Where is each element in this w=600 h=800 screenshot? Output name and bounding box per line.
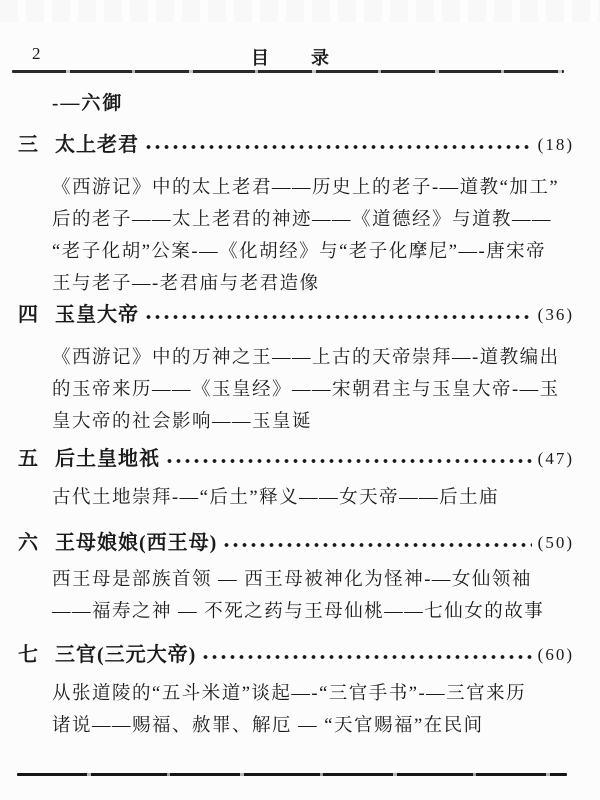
section-page-number: (50) — [538, 528, 574, 558]
section-number: 七 — [18, 640, 55, 670]
toc-entry-heading: 五 后土皇地祇 (47) — [0, 444, 574, 474]
summary-line: 《西游记》中的万神之王——上古的天帝崇拜—-道教编出 — [52, 342, 574, 374]
summary-line: 西王母是部族首领 — 西王母被神化为怪神-—女仙领袖 — [52, 564, 574, 596]
summary-line: 《西游记》中的太上老君——历史上的老子-—道教“加工” — [52, 172, 574, 204]
dot-leader — [165, 451, 532, 471]
summary-line: 王与老子—-老君庙与老君造像 — [52, 268, 574, 300]
section-number: 四 — [18, 300, 55, 330]
summary-line: 后的老子——太上老君的神迹——《道德经》与道教—— — [52, 204, 574, 236]
toc-entry-heading: 四 玉皇大帝 (36) — [0, 300, 574, 330]
summary-line: 诸说——赐福、赦罪、解厄 — “天官赐福”在民间 — [52, 710, 574, 742]
section-title: 太上老君 — [55, 130, 139, 160]
dot-leader — [144, 137, 532, 157]
section-summary: 《西游记》中的万神之王——上古的天帝崇拜—-道教编出 的玉帝来历——《玉皇经》—… — [52, 342, 574, 438]
toc-entry-heading: 三 太上老君 (18) — [0, 130, 574, 160]
section-summary: 西王母是部族首领 — 西王母被神化为怪神-—女仙领袖 ——福寿之神 — 不死之药… — [52, 564, 574, 628]
section-page-number: (36) — [538, 300, 574, 330]
section-title: 三官(三元大帝) — [55, 640, 196, 670]
section-summary: 《西游记》中的太上老君——历史上的老子-—道教“加工” 后的老子——太上老君的神… — [52, 172, 574, 300]
section-title: 后土皇地祇 — [55, 444, 160, 474]
section-number: 三 — [18, 130, 55, 160]
dot-leader — [222, 535, 531, 555]
dot-leader — [201, 647, 531, 667]
scan-edge-texture — [0, 0, 600, 22]
continuation-line: -—六御 — [52, 88, 572, 120]
dot-leader — [144, 307, 532, 327]
toc-entry-heading: 七 三官(三元大帝) (60) — [0, 640, 574, 670]
section-title: 王母娘娘(西王母) — [55, 528, 217, 558]
summary-line: ——福寿之神 — 不死之药与王母仙桃——七仙女的故事 — [52, 596, 574, 628]
summary-line: 从张道陵的“五斗米道”谈起—-“三官手书”-—三官来历 — [52, 678, 574, 710]
section-page-number: (60) — [538, 640, 574, 670]
section-title: 玉皇大帝 — [55, 300, 139, 330]
section-page-number: (47) — [538, 444, 574, 474]
summary-line: “老子化胡”公案-—《化胡经》与“老子化摩尼”—-唐宋帝 — [52, 236, 574, 268]
section-number: 五 — [18, 444, 55, 474]
page-header: 2 目 录 — [30, 44, 562, 70]
section-summary: 古代土地崇拜-—“后土”释义——女天帝——后土庙 — [52, 482, 574, 514]
section-summary: 从张道陵的“五斗米道”谈起—-“三官手书”-—三官来历 诸说——赐福、赦罪、解厄… — [52, 678, 574, 742]
section-number: 六 — [18, 528, 55, 558]
header-title: 目 录 — [30, 44, 562, 70]
toc-entry-heading: 六 王母娘娘(西王母) (50) — [0, 528, 574, 558]
book-page: 2 目 录 -—六御 三 太上老君 (18) 《西游记》中的太上老君——历史上的… — [0, 0, 600, 800]
summary-line: 古代土地崇拜-—“后土”释义——女天帝——后土庙 — [52, 482, 574, 514]
summary-line: 的玉帝来历——《玉皇经》——宋朝君主与玉皇大帝-—玉 — [52, 374, 574, 406]
summary-line: 皇大帝的社会影响——玉皇诞 — [52, 406, 574, 438]
footer-rule — [17, 773, 567, 776]
section-page-number: (18) — [538, 130, 574, 160]
toc-content: -—六御 三 太上老君 (18) 《西游记》中的太上老君——历史上的老子-—道教… — [0, 72, 600, 742]
